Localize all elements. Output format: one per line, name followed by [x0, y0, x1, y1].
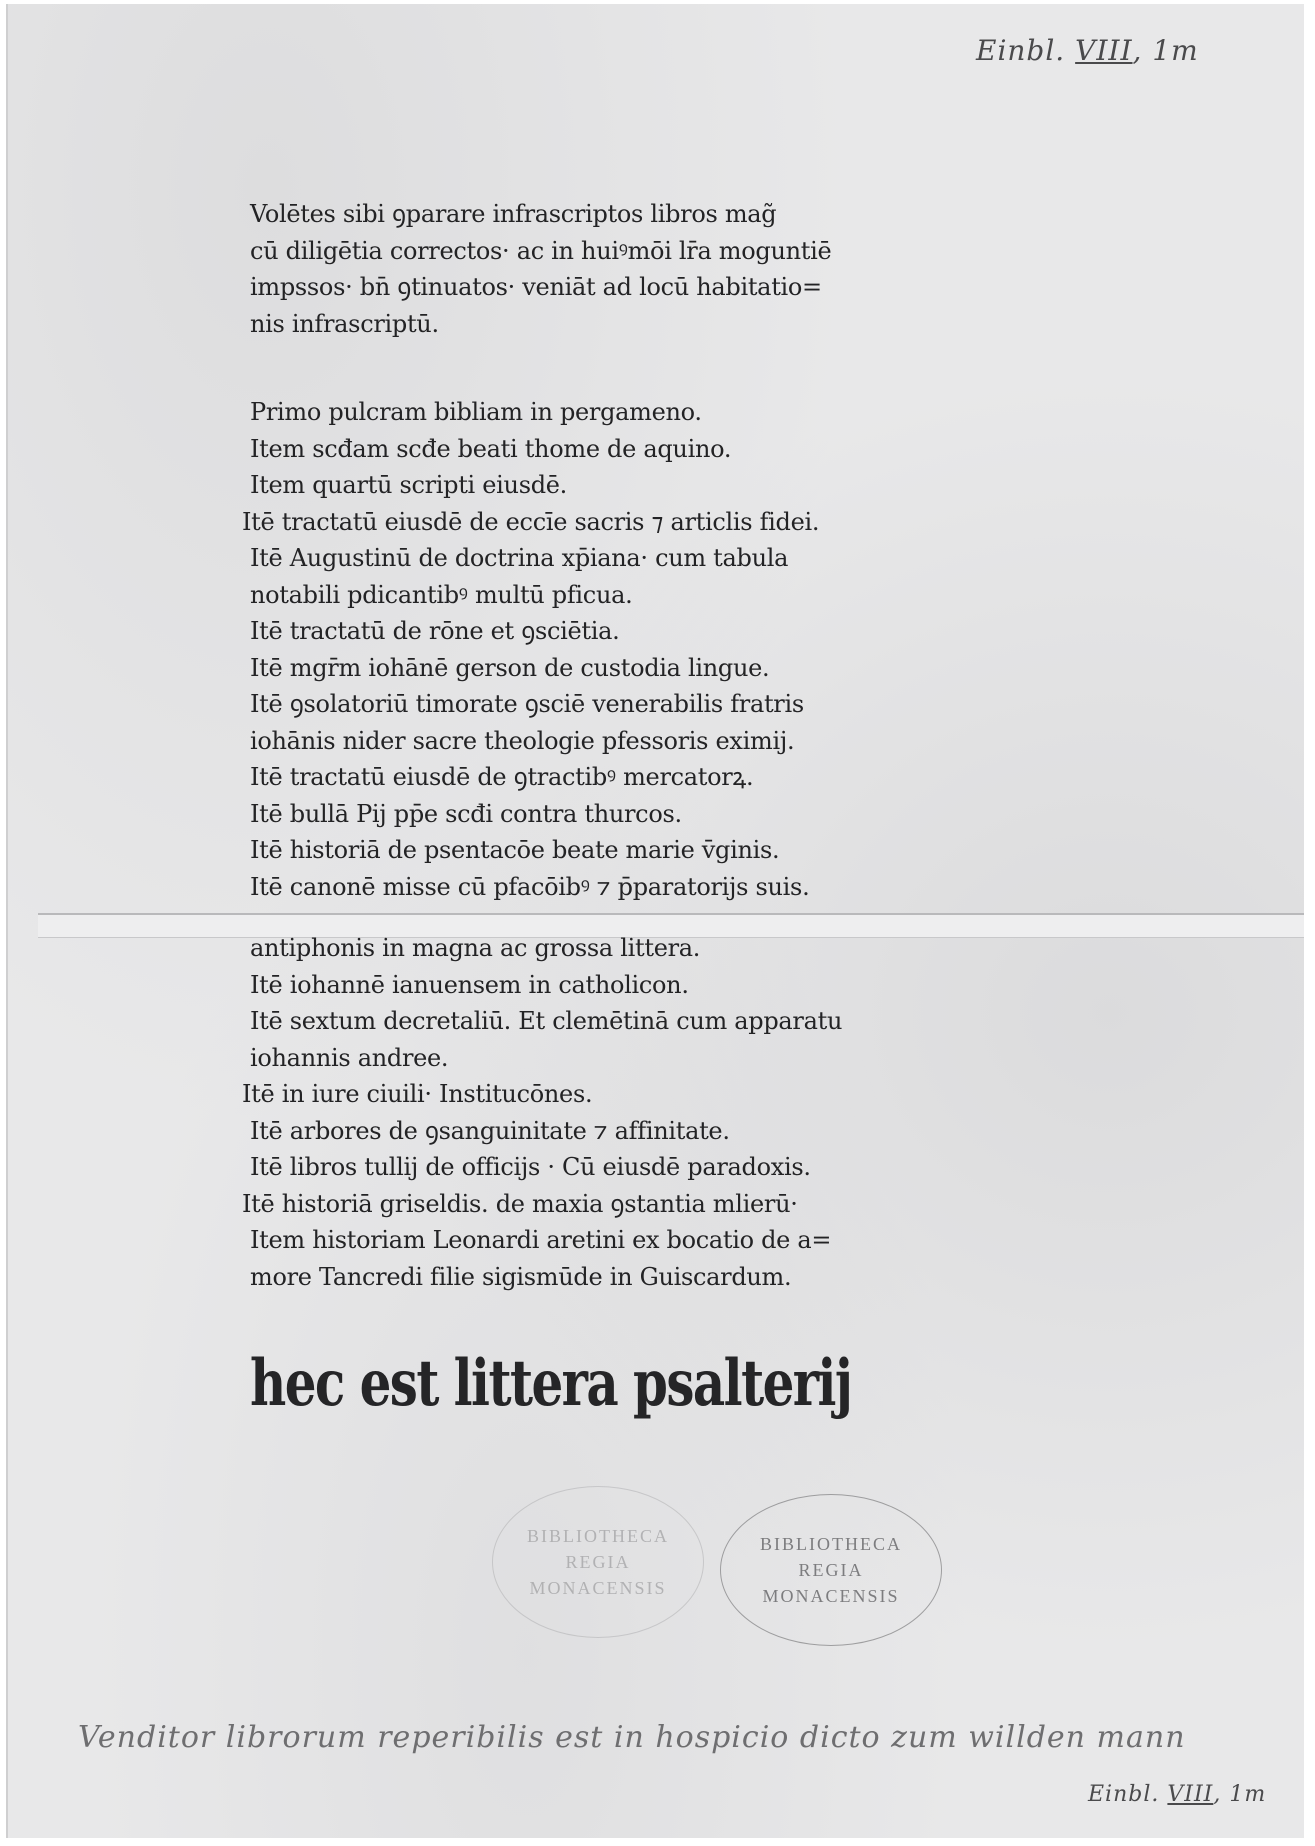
- book-list-upper: Primo pulcram bibliam in pergameno. Item…: [250, 394, 950, 905]
- book-entry: Itē historiā de psentacōe beate marie v̄…: [250, 832, 950, 869]
- book-entry: iohannis andree.: [250, 1040, 950, 1077]
- shelfmark-roman: VIII: [1167, 1782, 1213, 1807]
- book-entry: Itē in iure ciuili· Institucōnes.: [242, 1076, 950, 1113]
- library-stamp-faded: BIBLIOTHECA REGIA MONACENSIS: [492, 1486, 704, 1638]
- shelfmark-suffix: , 1m: [1133, 34, 1199, 67]
- stamp-line: REGIA: [799, 1557, 864, 1583]
- book-entry: Itē ꝯsolatoriū timorate ꝯsciē venerabili…: [250, 686, 950, 723]
- book-entry: Itē tractatū eiusdē de ꝯtractibꝰ mercato…: [250, 759, 950, 796]
- intro-paragraph: Volētes sibi ꝯparare infrascriptos libro…: [250, 196, 950, 342]
- shelfmark-suffix: , 1m: [1213, 1782, 1266, 1807]
- intro-line: Volētes sibi ꝯparare infrascriptos libro…: [250, 196, 950, 233]
- stamp-line: BIBLIOTHECA: [760, 1531, 902, 1557]
- book-entry: Item scđam scđe beati thome de aquino.: [250, 431, 950, 468]
- stamp-line: MONACENSIS: [762, 1583, 899, 1609]
- book-entry: Itē sextum decretaliū. Et clemētinā cum …: [250, 1003, 950, 1040]
- handwritten-note: Venditor librorum reperibilis est in hos…: [78, 1720, 1186, 1755]
- book-entry: Itē canonē misse cū pfacōibꝰ ⁊ p̄parator…: [250, 869, 950, 906]
- book-entry: notabili pdicantibꝰ multū pficua.: [250, 577, 950, 614]
- book-entry: Itē Augustinū de doctrina xp̄iana· cum t…: [250, 540, 950, 577]
- intro-line: cū diligētia correctos· ac in huiꝰmōi lr…: [250, 233, 950, 270]
- book-entry: Item quartū scripti eiusdē.: [250, 467, 950, 504]
- book-list-lower: antiphonis in magna ac grossa littera. I…: [250, 930, 950, 1295]
- book-entry: Itē tractatū eiusdē de eccīe sacris ⁊ ar…: [242, 504, 950, 541]
- book-entry: Primo pulcram bibliam in pergameno.: [250, 394, 950, 431]
- book-entry: Itē mgr̄m iohānē gerson de custodia ling…: [250, 650, 950, 687]
- stamp-line: REGIA: [566, 1549, 631, 1575]
- book-entry: Itē arbores de ꝯsanguinitate ⁊ affinitat…: [250, 1113, 950, 1150]
- book-entry: Itē iohannē ianuensem in catholicon.: [250, 967, 950, 1004]
- shelfmark-prefix: Einbl.: [1088, 1782, 1159, 1807]
- book-entry: Itē libros tullij de officijs · Cū eiusd…: [250, 1149, 950, 1186]
- shelfmark-top: Einbl. VIII, 1m: [976, 34, 1199, 67]
- book-entry: more Tancredi filie sigismūde in Guiscar…: [250, 1259, 950, 1296]
- book-entry: antiphonis in magna ac grossa littera.: [250, 930, 950, 967]
- shelfmark-bottom: Einbl. VIII, 1m: [1088, 1782, 1266, 1807]
- shelfmark-prefix: Einbl.: [976, 34, 1065, 67]
- book-entry: Itē bullā Pij pp̄e scđi contra thurcos.: [250, 796, 950, 833]
- type-specimen: hec est littera psalterij: [250, 1346, 851, 1421]
- intro-line: impssos· bn̄ ꝯtinuatos· veniāt ad locū h…: [250, 269, 950, 306]
- book-entry: Item historiam Leonardi aretini ex bocat…: [250, 1222, 950, 1259]
- intro-line: nis infrascriptū.: [250, 306, 950, 343]
- document-page: Einbl. VIII, 1m Volētes sibi ꝯparare inf…: [6, 4, 1304, 1838]
- book-entry: Itē historiā griseldis. de maxia ꝯstanti…: [242, 1186, 950, 1223]
- book-entry: Itē tractatū de rōne et ꝯsciētia.: [250, 613, 950, 650]
- library-stamp: BIBLIOTHECA REGIA MONACENSIS: [720, 1494, 942, 1646]
- stamp-line: MONACENSIS: [529, 1575, 666, 1601]
- book-entry: iohānis nider sacre theologie pfessoris …: [250, 723, 950, 760]
- stamp-line: BIBLIOTHECA: [527, 1523, 669, 1549]
- shelfmark-roman: VIII: [1075, 34, 1132, 67]
